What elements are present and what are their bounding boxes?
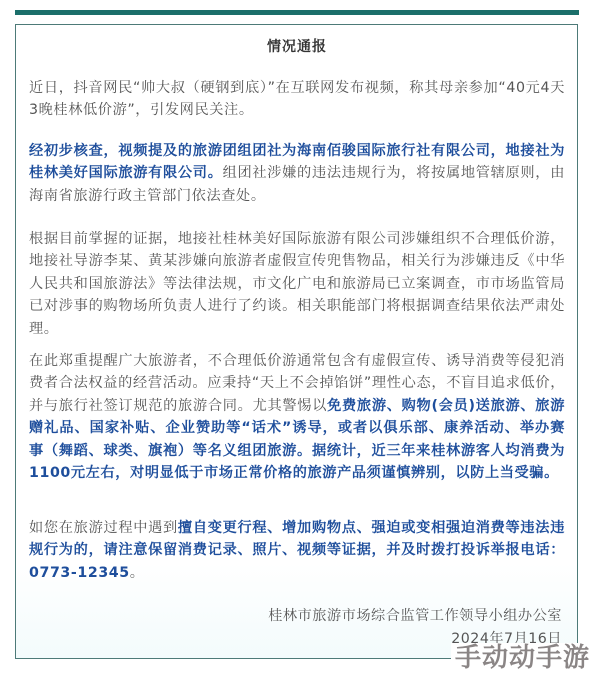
- paragraph-preliminary-findings: 经初步核查，视频提及的旅游团组团社为海南佰骏国际旅行社有限公司，地接社为桂林美好…: [29, 140, 565, 207]
- paragraph-report-intro: 近日，抖音网民“帅大叔（硬钢到底）”在互联网发布视频，称其母亲参加“40元4天3…: [29, 77, 565, 122]
- notice-title: 情况通报: [0, 36, 594, 56]
- paragraph-text: 如您在旅游过程中遇到: [29, 520, 178, 536]
- paragraph-complaint-hotline: 如您在旅游过程中遇到擅自变更行程、增加购物点、强迫或变相强迫消费等违法违规行为的…: [29, 517, 565, 584]
- paragraph-text: 根据目前掌握的证据，地接社桂林美好国际旅游有限公司涉嫌组织不合理低价游，地接社导…: [29, 231, 565, 337]
- paragraph-investigation: 根据目前掌握的证据，地接社桂林美好国际旅游有限公司涉嫌组织不合理低价游，地接社导…: [29, 228, 565, 340]
- paragraph-traveler-warning: 在此郑重提醒广大旅游者，不合理低价游通常包含有虚假宣传、诱导消费等侵犯消费者合法…: [29, 350, 565, 484]
- issuer-name: 桂林市旅游市场综合监管工作领导小组办公室: [268, 605, 562, 628]
- paragraph-text: 。: [130, 565, 145, 581]
- top-accent-bar: [15, 10, 579, 15]
- watermark-text: 手动动手游: [451, 643, 590, 673]
- paragraph-text: 近日，抖音网民“帅大叔（硬钢到底）”在互联网发布视频，称其母亲参加“40元4天3…: [29, 80, 565, 118]
